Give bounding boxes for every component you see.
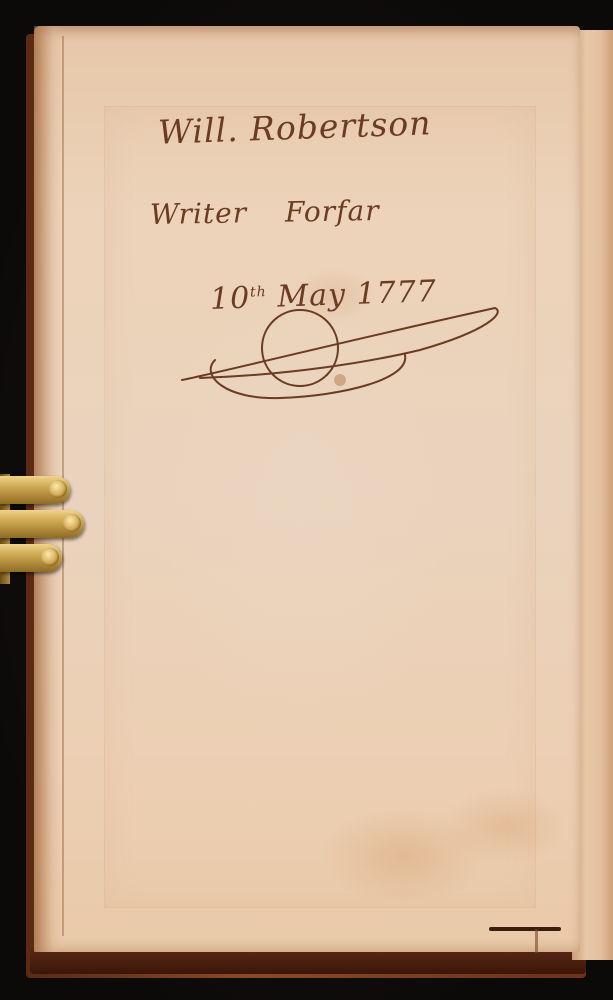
clasp-finger [0, 510, 84, 538]
clasp-finger [0, 476, 70, 504]
brass-clasp-icon [0, 470, 90, 590]
endpaper-leaf [34, 26, 580, 952]
clasp-finger [0, 544, 62, 572]
offset-staining [104, 106, 536, 908]
